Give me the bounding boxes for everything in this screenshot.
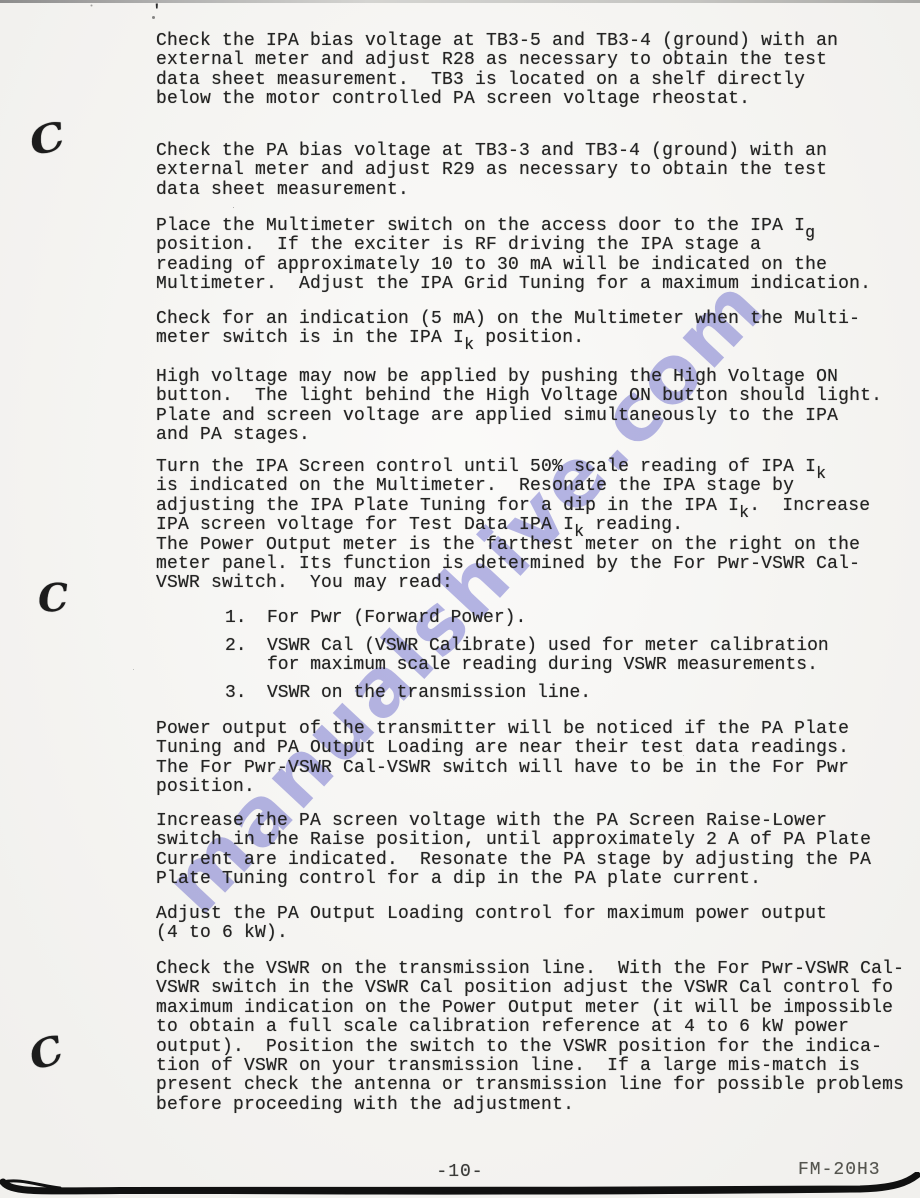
paragraph-adjust-output-loading: Adjust the PA Output Loading control for… (156, 905, 920, 944)
paragraph-check-indication: Check for an indication (5 mA) on the Mu… (156, 310, 920, 349)
scan-bottom-edge (0, 1172, 920, 1198)
paragraph-power-output-noticed: Power output of the transmitter will be … (156, 720, 920, 798)
list-item: 2. VSWR Cal (VSWR Calibrate) used for me… (225, 637, 920, 676)
list-item-number: 3. (225, 684, 267, 703)
paragraph-check-vswr: Check the VSWR on the transmission line.… (156, 960, 920, 1115)
list-item-text: VSWR Cal (VSWR Calibrate) used for meter… (267, 637, 829, 676)
paragraph-increase-pa-screen: Increase the PA screen voltage with the … (156, 812, 920, 890)
list-item-number: 1. (225, 609, 267, 628)
paragraph-place-multimeter: Place the Multimeter switch on the acces… (156, 217, 920, 295)
list-item: 1. For Pwr (Forward Power). (225, 609, 920, 628)
handwritten-margin-mark: C (36, 574, 69, 621)
scan-speck (152, 16, 155, 19)
paragraph-check-ipa-bias: Check the IPA bias voltage at TB3-5 and … (156, 32, 920, 110)
list-item-number: 2. (225, 637, 267, 656)
scan-top-edge (0, 0, 920, 3)
paragraph-turn-ipa-screen: Turn the IPA Screen control until 50% sc… (156, 458, 920, 594)
list-item-text: VSWR on the transmission line. (267, 684, 591, 703)
paragraph-high-voltage: High voltage may now be applied by pushi… (156, 368, 920, 446)
list-item: 3. VSWR on the transmission line. (225, 684, 920, 703)
handwritten-margin-mark: C (23, 1026, 69, 1079)
scanned-manual-page: ' manualshive.com C C C Check the IPA bi… (0, 0, 920, 1198)
paragraph-check-pa-bias: Check the PA bias voltage at TB3-3 and T… (156, 142, 920, 200)
list-item-text: For Pwr (Forward Power). (267, 609, 526, 628)
handwritten-margin-mark: C (25, 112, 70, 164)
